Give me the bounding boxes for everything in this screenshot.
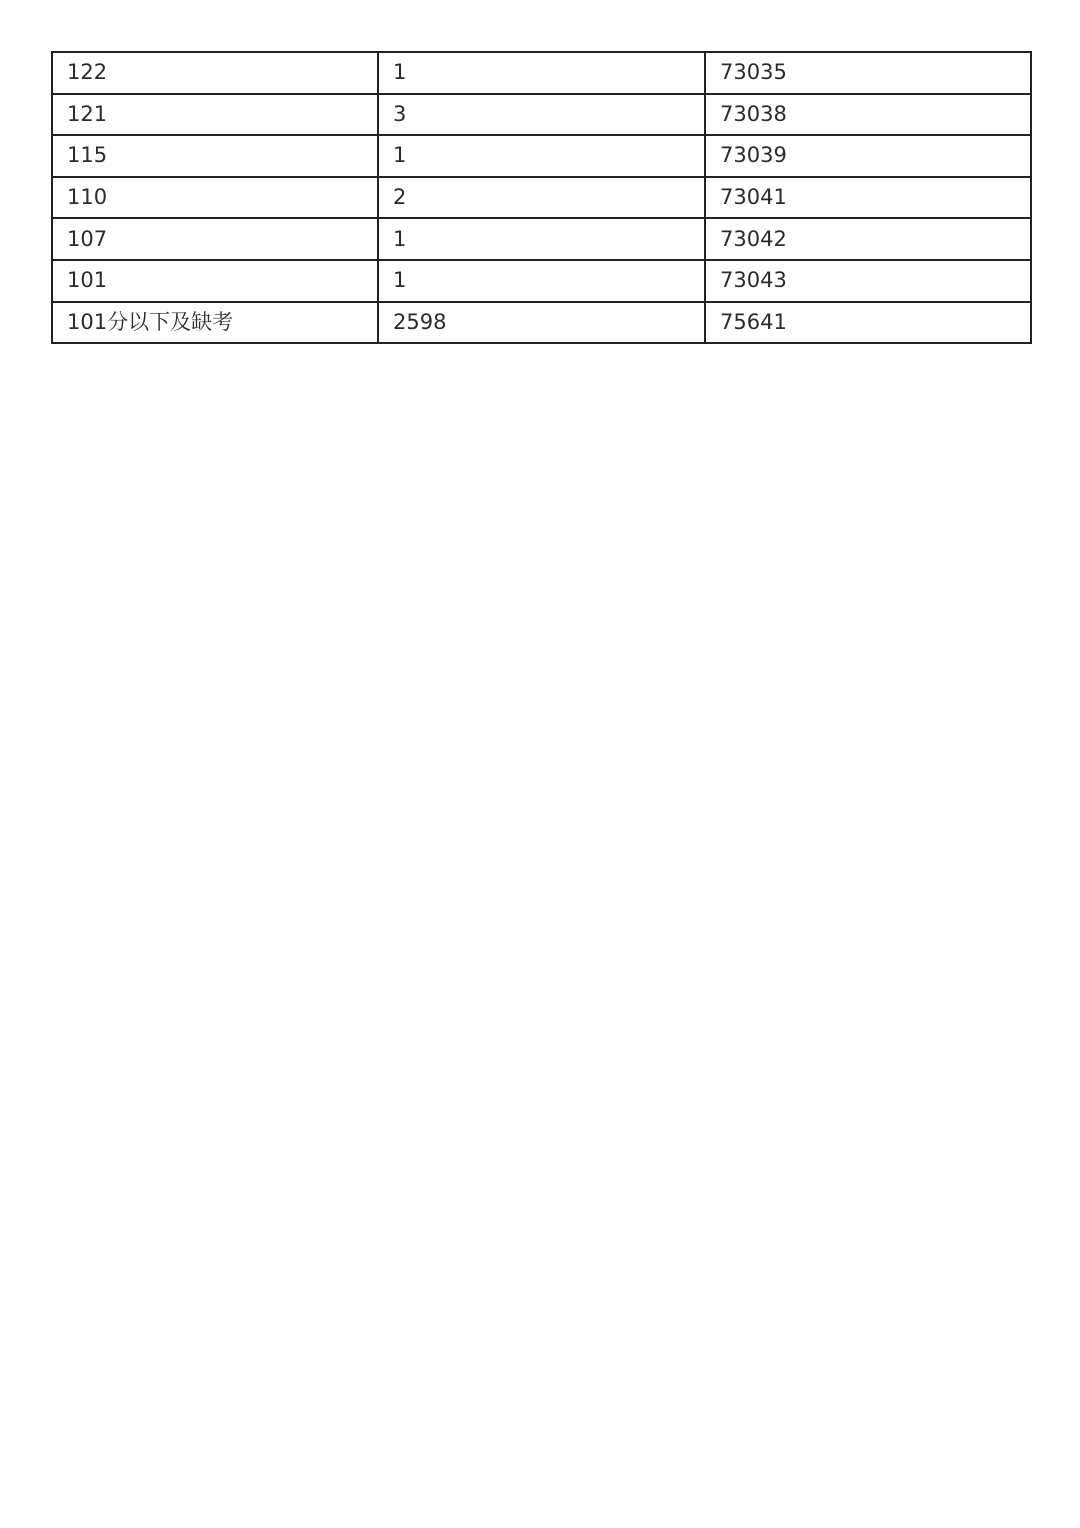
cumulative-cell: 75641 [705,302,1031,344]
table-row: 101分以下及缺考 2598 75641 [52,302,1031,344]
score-cell: 110 [52,177,378,219]
score-cell: 101分以下及缺考 [52,302,378,344]
table-row: 107 1 73042 [52,218,1031,260]
table-row: 122 1 73035 [52,52,1031,94]
count-cell: 1 [378,135,705,177]
score-distribution-table: 122 1 73035 121 3 73038 115 1 73039 110 … [51,51,1032,344]
table-body: 122 1 73035 121 3 73038 115 1 73039 110 … [52,52,1031,343]
cumulative-cell: 73039 [705,135,1031,177]
count-cell: 1 [378,52,705,94]
table-row: 121 3 73038 [52,94,1031,136]
count-cell: 1 [378,260,705,302]
table-row: 115 1 73039 [52,135,1031,177]
cumulative-cell: 73043 [705,260,1031,302]
count-cell: 2 [378,177,705,219]
score-cell: 101 [52,260,378,302]
score-cell: 115 [52,135,378,177]
score-cell: 121 [52,94,378,136]
cumulative-cell: 73041 [705,177,1031,219]
score-cell: 122 [52,52,378,94]
table-row: 110 2 73041 [52,177,1031,219]
table-row: 101 1 73043 [52,260,1031,302]
count-cell: 3 [378,94,705,136]
count-cell: 1 [378,218,705,260]
cumulative-cell: 73035 [705,52,1031,94]
score-cell: 107 [52,218,378,260]
cumulative-cell: 73042 [705,218,1031,260]
count-cell: 2598 [378,302,705,344]
cumulative-cell: 73038 [705,94,1031,136]
